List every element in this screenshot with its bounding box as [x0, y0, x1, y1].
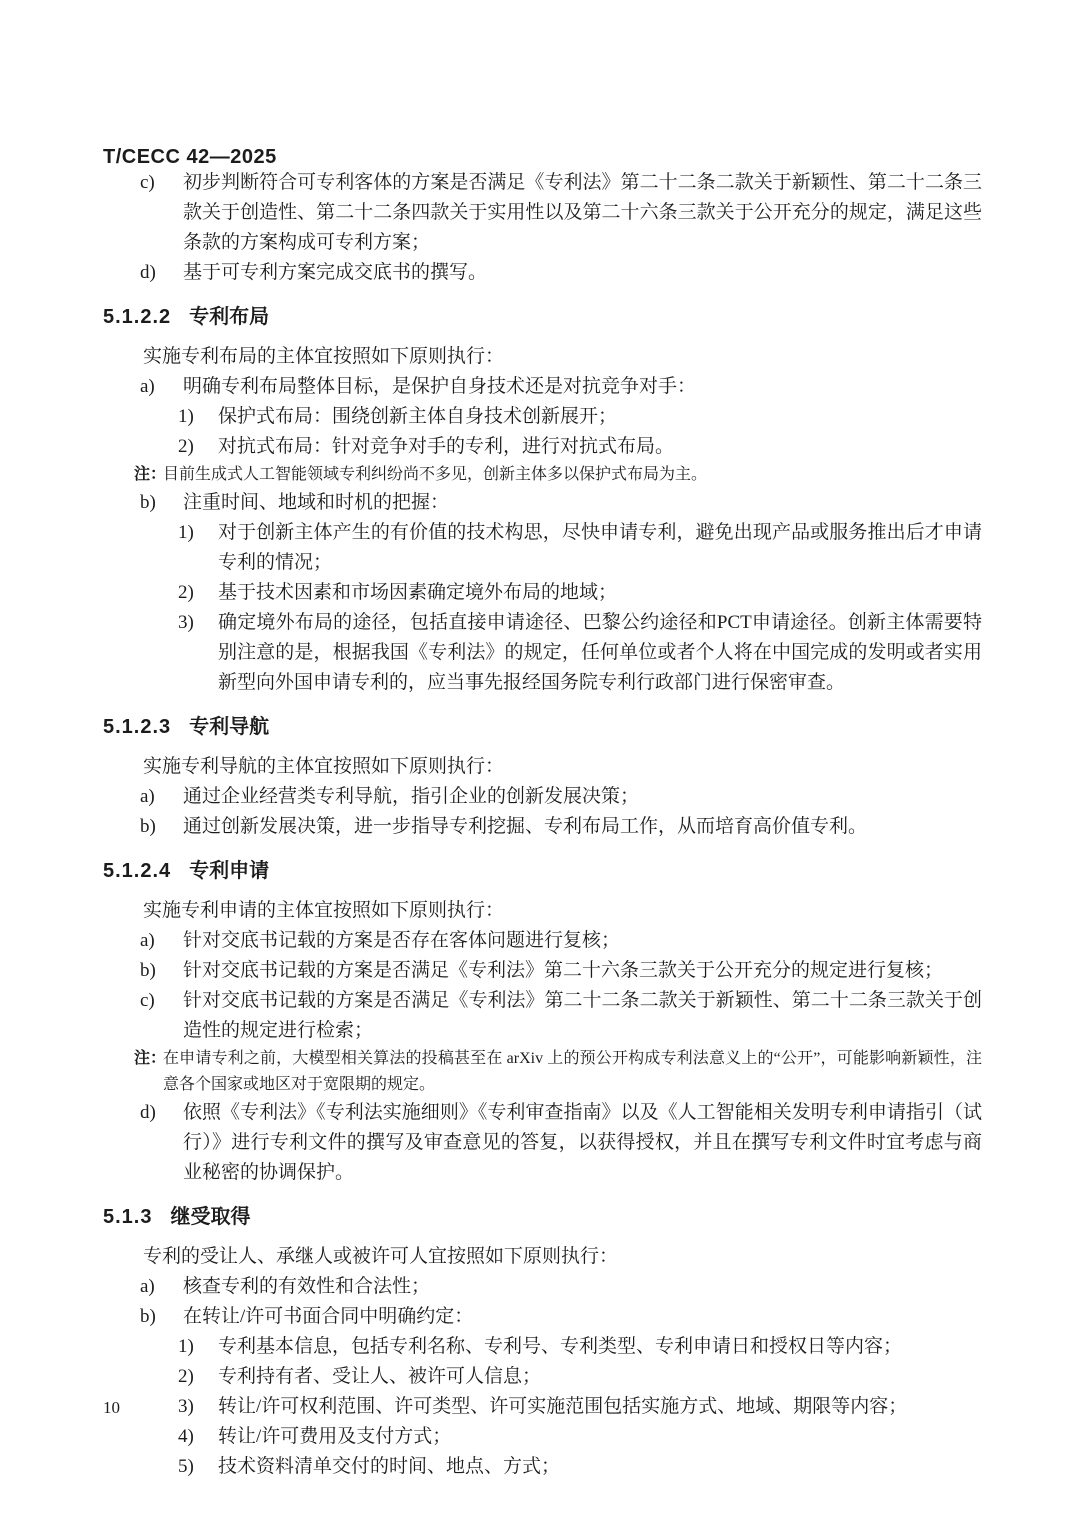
list-item-text: 确定境外布局的途径，包括直接申请途径、巴黎公约途径和PCT申请途径。创新主体需要…: [218, 612, 982, 693]
list-item: d)基于可专利方案完成交底书的撰写。: [140, 258, 982, 288]
section-number: 5.1.2.4: [103, 860, 171, 882]
list-item-text: 保护式布局：围绕创新主体自身技术创新展开；: [218, 406, 617, 427]
section-number: 5.1.2.2: [103, 306, 171, 328]
document-code: T/CECC 42—2025: [103, 146, 277, 169]
list-item-marker: a): [140, 1272, 155, 1302]
paragraph: 实施专利布局的主体宜按照如下原则执行：: [143, 342, 982, 372]
document-body: c)初步判断符合可专利客体的方案是否满足《专利法》第二十二条二款关于新颖性、第二…: [103, 168, 982, 1482]
list-item: 5)技术资料清单交付的时间、地点、方式；: [178, 1452, 982, 1482]
list-item-marker: b): [140, 1302, 156, 1332]
note-label: 注：: [134, 1046, 166, 1072]
list-item-text: 在转让/许可书面合同中明确约定：: [183, 1306, 473, 1327]
list-item: d)依照《专利法》《专利法实施细则》《专利审查指南》以及《人工智能相关发明专利申…: [140, 1098, 982, 1188]
section-heading: 5.1.2.3专利导航: [103, 714, 982, 740]
list-item-text: 依照《专利法》《专利法实施细则》《专利审查指南》以及《人工智能相关发明专利申请指…: [183, 1102, 982, 1183]
list-item-text: 对于创新主体产生的有价值的技术构思，尽快申请专利，避免出现产品或服务推出后才申请…: [218, 522, 982, 573]
list-item-marker: 1): [178, 518, 194, 548]
list-item-marker: 2): [178, 578, 194, 608]
page-number: 10: [103, 1398, 120, 1418]
paragraph: 实施专利申请的主体宜按照如下原则执行：: [143, 896, 982, 926]
section-title: 专利导航: [189, 716, 269, 738]
list-item: c)针对交底书记载的方案是否满足《专利法》第二十二条二款关于新颖性、第二十二条三…: [140, 986, 982, 1046]
list-item: 3)转让/许可权利范围、许可类型、许可实施范围包括实施方式、地域、期限等内容；: [178, 1392, 982, 1422]
list-item-marker: c): [140, 986, 155, 1016]
list-item-marker: 2): [178, 432, 194, 462]
list-item-marker: b): [140, 812, 156, 842]
list-item: a)针对交底书记载的方案是否存在客体问题进行复核；: [140, 926, 982, 956]
section-number: 5.1.3: [103, 1206, 152, 1228]
list-item-text: 对抗式布局：针对竞争对手的专利，进行对抗式布局。: [218, 436, 674, 457]
list-item-marker: b): [140, 956, 156, 986]
list-item-text: 初步判断符合可专利客体的方案是否满足《专利法》第二十二条二款关于新颖性、第二十二…: [183, 172, 982, 253]
note: 注：目前生成式人工智能领域专利纠纷尚不多见，创新主体多以保护式布局为主。: [134, 462, 982, 488]
list-item-marker: c): [140, 168, 155, 198]
list-item: b)通过创新发展决策，进一步指导专利挖掘、专利布局工作，从而培育高价值专利。: [140, 812, 982, 842]
list-item-text: 基于可专利方案完成交底书的撰写。: [183, 262, 487, 283]
list-item-marker: 4): [178, 1422, 194, 1452]
list-item-marker: 1): [178, 402, 194, 432]
list-item-text: 通过企业经营类专利导航，指引企业的创新发展决策；: [183, 786, 639, 807]
paragraph: 实施专利导航的主体宜按照如下原则执行：: [143, 752, 982, 782]
list-item-marker: a): [140, 372, 155, 402]
list-item-marker: a): [140, 926, 155, 956]
list-item: 2)专利持有者、受让人、被许可人信息；: [178, 1362, 982, 1392]
list-item-text: 专利持有者、受让人、被许可人信息；: [218, 1366, 541, 1387]
list-item-marker: 5): [178, 1452, 194, 1482]
list-item-text: 转让/许可权利范围、许可类型、许可实施范围包括实施方式、地域、期限等内容；: [218, 1396, 907, 1417]
document-page: T/CECC 42—2025 c)初步判断符合可专利客体的方案是否满足《专利法》…: [0, 0, 1080, 1527]
list-item-text: 技术资料清单交付的时间、地点、方式；: [218, 1456, 560, 1477]
list-item-marker: 1): [178, 1332, 194, 1362]
list-item-text: 明确专利布局整体目标，是保护自身技术还是对抗竞争对手：: [183, 376, 696, 397]
list-item: a)通过企业经营类专利导航，指引企业的创新发展决策；: [140, 782, 982, 812]
list-item-text: 核查专利的有效性和合法性；: [183, 1276, 430, 1297]
list-item-text: 针对交底书记载的方案是否存在客体问题进行复核；: [183, 930, 620, 951]
paragraph: 专利的受让人、承继人或被许可人宜按照如下原则执行：: [143, 1242, 982, 1272]
list-item-marker: d): [140, 1098, 156, 1128]
note-text: 在申请专利之前，大模型相关算法的投稿甚至在 arXiv 上的预公开构成专利法意义…: [163, 1050, 982, 1093]
list-item: a)核查专利的有效性和合法性；: [140, 1272, 982, 1302]
section-heading: 5.1.2.4专利申请: [103, 858, 982, 884]
section-title: 继受取得: [170, 1206, 250, 1228]
list-item: c)初步判断符合可专利客体的方案是否满足《专利法》第二十二条二款关于新颖性、第二…: [140, 168, 982, 258]
list-item-text: 转让/许可费用及支付方式；: [218, 1426, 451, 1447]
list-item-text: 针对交底书记载的方案是否满足《专利法》第二十二条二款关于新颖性、第二十二条三款关…: [183, 990, 982, 1041]
list-item: 2)基于技术因素和市场因素确定境外布局的地域；: [178, 578, 982, 608]
list-item-text: 通过创新发展决策，进一步指导专利挖掘、专利布局工作，从而培育高价值专利。: [183, 816, 867, 837]
list-item: 2)对抗式布局：针对竞争对手的专利，进行对抗式布局。: [178, 432, 982, 462]
list-item-marker: b): [140, 488, 156, 518]
list-item-marker: a): [140, 782, 155, 812]
section-number: 5.1.2.3: [103, 716, 171, 738]
list-item: b)注重时间、地域和时机的把握：: [140, 488, 982, 518]
list-item: 3)确定境外布局的途径，包括直接申请途径、巴黎公约途径和PCT申请途径。创新主体…: [178, 608, 982, 698]
list-item-marker: 3): [178, 608, 194, 638]
list-item: b)在转让/许可书面合同中明确约定：: [140, 1302, 982, 1332]
section-title: 专利布局: [189, 306, 269, 328]
list-item-marker: d): [140, 258, 156, 288]
list-item-marker: 2): [178, 1362, 194, 1392]
list-item-text: 基于技术因素和市场因素确定境外布局的地域；: [218, 582, 617, 603]
note-label: 注：: [134, 462, 166, 488]
list-item: 1)专利基本信息，包括专利名称、专利号、专利类型、专利申请日和授权日等内容；: [178, 1332, 982, 1362]
list-item: b)针对交底书记载的方案是否满足《专利法》第二十六条三款关于公开充分的规定进行复…: [140, 956, 982, 986]
list-item-text: 注重时间、地域和时机的把握：: [183, 492, 449, 513]
section-title: 专利申请: [189, 860, 269, 882]
list-item: 4)转让/许可费用及支付方式；: [178, 1422, 982, 1452]
list-item-text: 针对交底书记载的方案是否满足《专利法》第二十六条三款关于公开充分的规定进行复核；: [183, 960, 943, 981]
note-text: 目前生成式人工智能领域专利纠纷尚不多见，创新主体多以保护式布局为主。: [163, 466, 707, 483]
section-heading: 5.1.2.2专利布局: [103, 304, 982, 330]
list-item-text: 专利基本信息，包括专利名称、专利号、专利类型、专利申请日和授权日等内容；: [218, 1336, 902, 1357]
list-item-marker: 3): [178, 1392, 194, 1422]
list-item: 1)保护式布局：围绕创新主体自身技术创新展开；: [178, 402, 982, 432]
section-heading: 5.1.3继受取得: [103, 1204, 982, 1230]
list-item: 1)对于创新主体产生的有价值的技术构思，尽快申请专利，避免出现产品或服务推出后才…: [178, 518, 982, 578]
note: 注：在申请专利之前，大模型相关算法的投稿甚至在 arXiv 上的预公开构成专利法…: [134, 1046, 982, 1098]
list-item: a)明确专利布局整体目标，是保护自身技术还是对抗竞争对手：: [140, 372, 982, 402]
